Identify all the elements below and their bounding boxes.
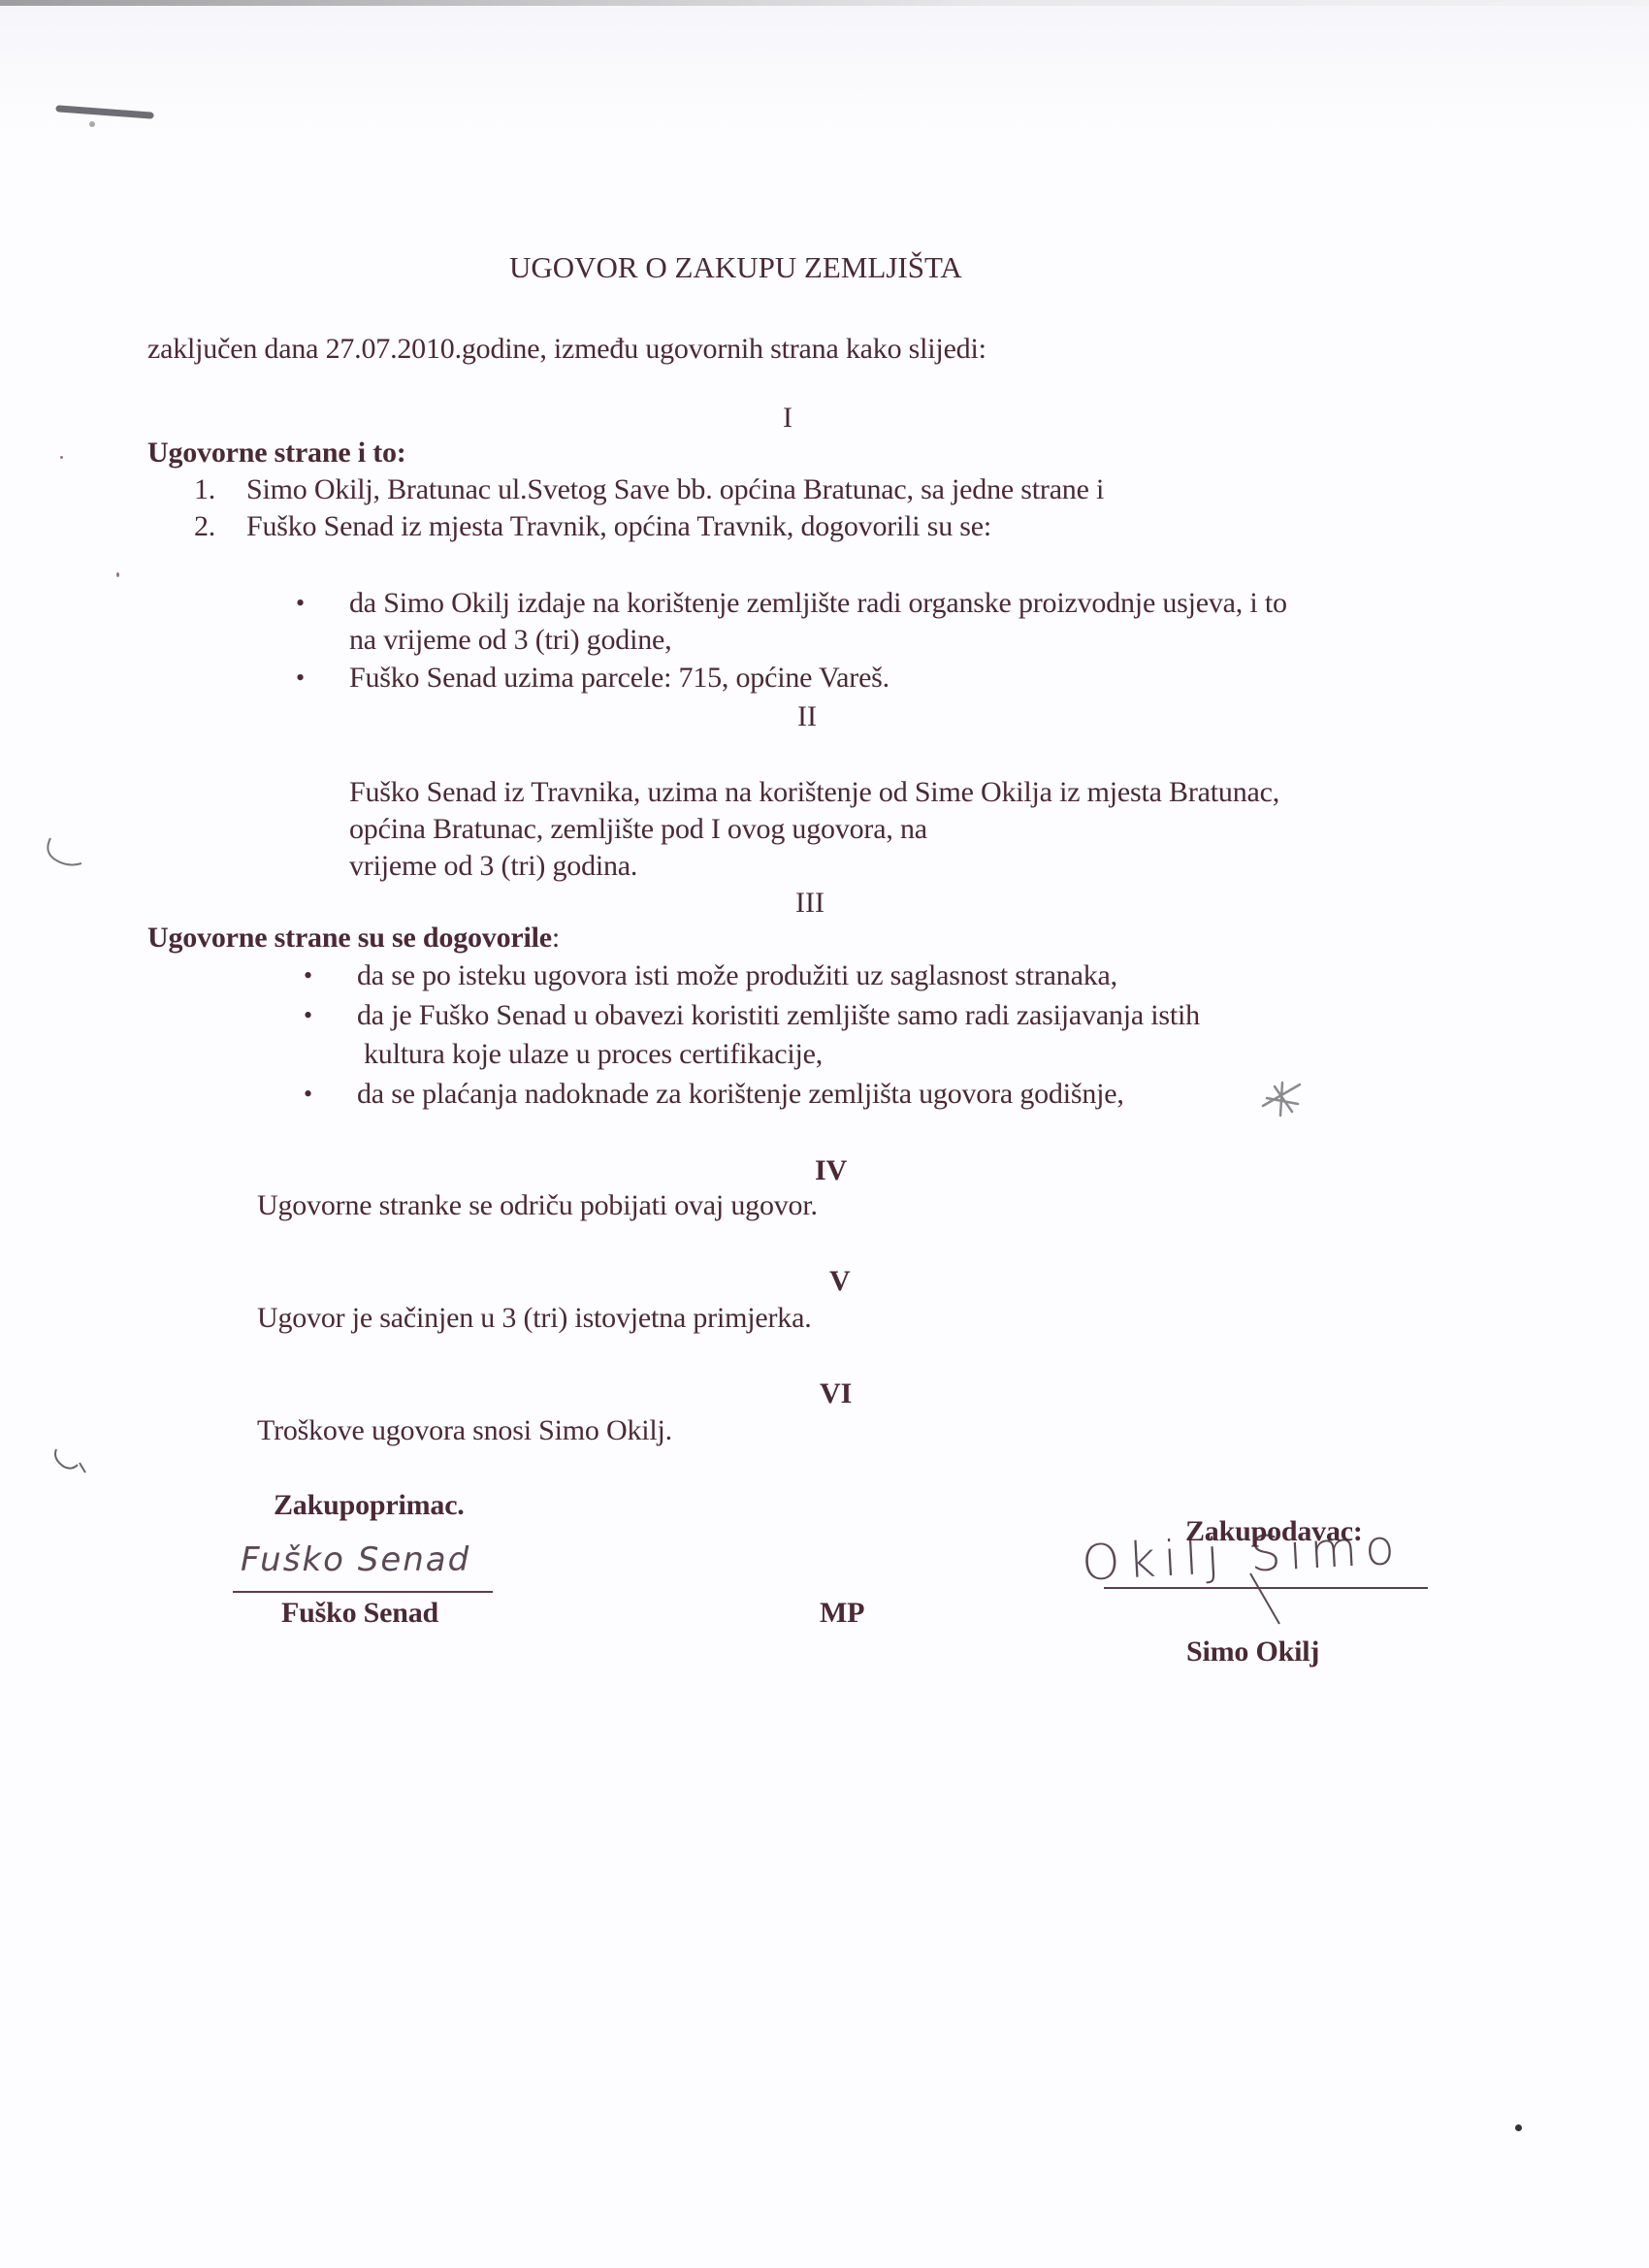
signature-text: Fuško Senad <box>241 1540 470 1579</box>
signature-tail-stroke-icon <box>1246 1571 1285 1630</box>
stamp-placeholder: MP <box>820 1597 864 1630</box>
section-ii-line: Fuško Senad iz Travnika, uzima na korišt… <box>349 776 1279 809</box>
bullet-text-continued: kultura koje ulaze u proces certifikacij… <box>364 1038 823 1071</box>
section-v-text: Ugovor je sačinjen u 3 (tri) istovjetna … <box>257 1302 812 1335</box>
section-numeral-v: V <box>829 1265 851 1298</box>
dust-speck <box>1515 2124 1522 2131</box>
lessee-label: Zakupoprimac. <box>274 1489 465 1522</box>
lessee-handwritten-signature: Fuško Senad <box>241 1540 470 1579</box>
heading-colon: : <box>552 922 560 954</box>
handwritten-asterisk-icon <box>1253 1077 1311 1120</box>
dust-speck <box>60 456 63 459</box>
bullet-text: da se plaćanja nadoknade za korištenje z… <box>357 1078 1124 1110</box>
document-page: UGOVOR O ZAKUPU ZEMLJIŠTA zaključen dana… <box>0 0 1649 2268</box>
bullet-text: da se po isteku ugovora isti može produž… <box>357 959 1117 991</box>
section-ii-line: općina Bratunac, zemljište pod I ovog ug… <box>349 813 927 846</box>
section-numeral-iv: IV <box>815 1154 847 1187</box>
scan-edge-shadow <box>0 0 1649 6</box>
lessor-label: Zakupodavac: <box>1185 1515 1363 1548</box>
section-iv-text: Ugovorne stranke se odriču pobijati ovaj… <box>257 1189 818 1222</box>
section-iii-heading-text: Ugovorne strane su se dogovorile <box>147 922 552 954</box>
pen-stroke-mark-icon <box>53 92 160 131</box>
party-number: 2. <box>194 510 215 543</box>
scribble-mark-icon <box>37 834 95 873</box>
party-number: 1. <box>194 473 215 506</box>
section-numeral-ii: II <box>797 700 817 733</box>
lessor-signature-line <box>1104 1587 1428 1589</box>
section-numeral-i: I <box>783 402 792 435</box>
section-numeral-iii: III <box>795 887 824 920</box>
intro-line: zaključen dana 27.07.2010.godine, između… <box>147 333 986 366</box>
section-i-bullet: da Simo Okilj izdaje na korištenje zemlj… <box>349 587 1287 620</box>
section-ii-line: vrijeme od 3 (tri) godina. <box>349 850 637 883</box>
party-1: Simo Okilj, Bratunac ul.Svetog Save bb. … <box>246 473 1104 506</box>
party-2: Fuško Senad iz mjesta Travnik, općina Tr… <box>246 510 991 543</box>
section-i-bullet: Fuško Senad uzima parcele: 715, općine V… <box>349 662 889 695</box>
section-iii-heading: Ugovorne strane su se dogovorile: <box>147 922 560 955</box>
section-i-heading: Ugovorne strane i to: <box>147 437 406 470</box>
document-title: UGOVOR O ZAKUPU ZEMLJIŠTA <box>509 250 962 285</box>
bullet-text: da je Fuško Senad u obavezi koristiti ze… <box>357 999 1200 1031</box>
section-numeral-vi: VI <box>820 1377 852 1410</box>
section-iii-bullet: da se po isteku ugovora isti može produž… <box>357 959 1117 992</box>
lessor-name: Simo Okilj <box>1186 1636 1319 1669</box>
section-iii-bullet: da se plaćanja nadoknade za korištenje z… <box>357 1078 1124 1111</box>
scribble-mark-icon <box>50 1445 99 1484</box>
bullet-text-continued: na vrijeme od 3 (tri) godine, <box>349 624 671 657</box>
bullet-text: Fuško Senad uzima parcele: 715, općine V… <box>349 662 889 694</box>
section-iii-bullet: da je Fuško Senad u obavezi koristiti ze… <box>357 999 1200 1032</box>
bullet-text: da Simo Okilj izdaje na korištenje zemlj… <box>349 587 1287 619</box>
lessee-signature-line <box>233 1591 493 1593</box>
lessee-name: Fuško Senad <box>281 1597 438 1630</box>
dust-speck <box>116 572 119 577</box>
section-vi-text: Troškove ugovora snosi Simo Okilj. <box>257 1414 672 1447</box>
